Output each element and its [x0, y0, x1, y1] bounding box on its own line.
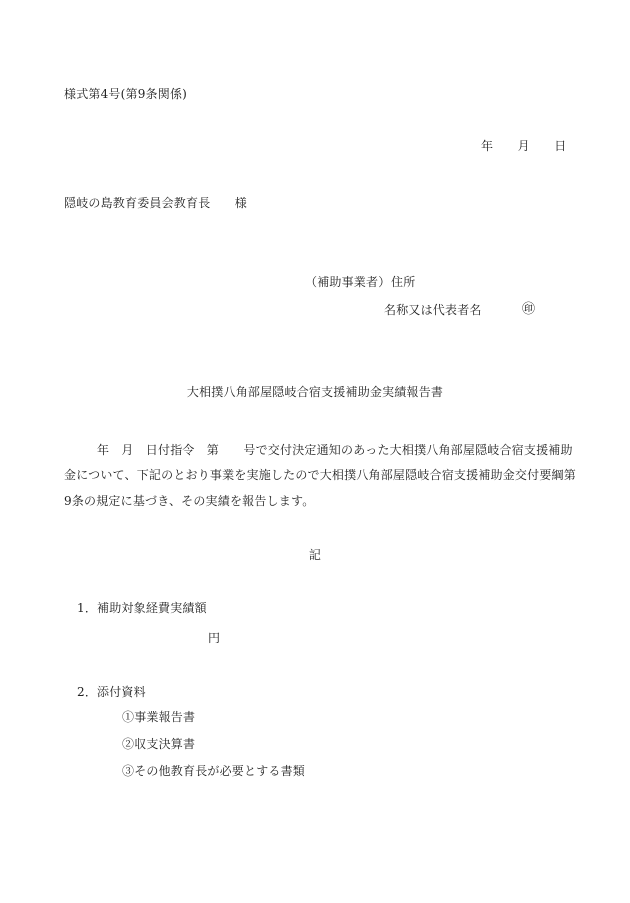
attachment-item-3: ③その他教育長が必要とする書類 — [122, 764, 305, 780]
name-label: 名称又は代表者名 — [384, 303, 482, 319]
body-paragraph-line-3: 9条の規定に基づき、その実績を報告します。 — [64, 494, 314, 510]
attachment-item-1: ①事業報告書 — [122, 710, 195, 726]
item-2-label: 2．添付資料 — [77, 685, 146, 701]
item-1-label: 1．補助対象経費実績額 — [77, 601, 207, 617]
body-paragraph-line-1: 年 月 日付指令 第 号で交付決定通知のあった大相撲八角部屋隠岐合宿支援補助 — [64, 443, 573, 459]
date-line: 年 月 日 — [481, 139, 566, 155]
attachment-item-2: ②収支決算書 — [122, 737, 195, 753]
seal-mark: ㊞ — [522, 302, 535, 319]
body-paragraph-line-2: 金について、下記のとおり事業を実施したので大相撲八角部屋隠岐合宿支援補助金交付要… — [64, 468, 576, 484]
form-number: 様式第4号(第9条関係) — [64, 87, 187, 103]
document-page: 様式第4号(第9条関係) 年 月 日 隠岐の島教育委員会教育長 様 （補助事業者… — [0, 0, 630, 903]
record-marker: 記 — [0, 548, 630, 564]
document-title: 大相撲八角部屋隠岐合宿支援補助金実績報告書 — [0, 385, 630, 401]
item-1-unit: 円 — [208, 631, 220, 647]
applicant-prefix: （補助事業者） — [305, 275, 390, 291]
addressee-line: 隠岐の島教育委員会教育長 様 — [64, 196, 247, 212]
address-label: 住所 — [391, 275, 415, 291]
